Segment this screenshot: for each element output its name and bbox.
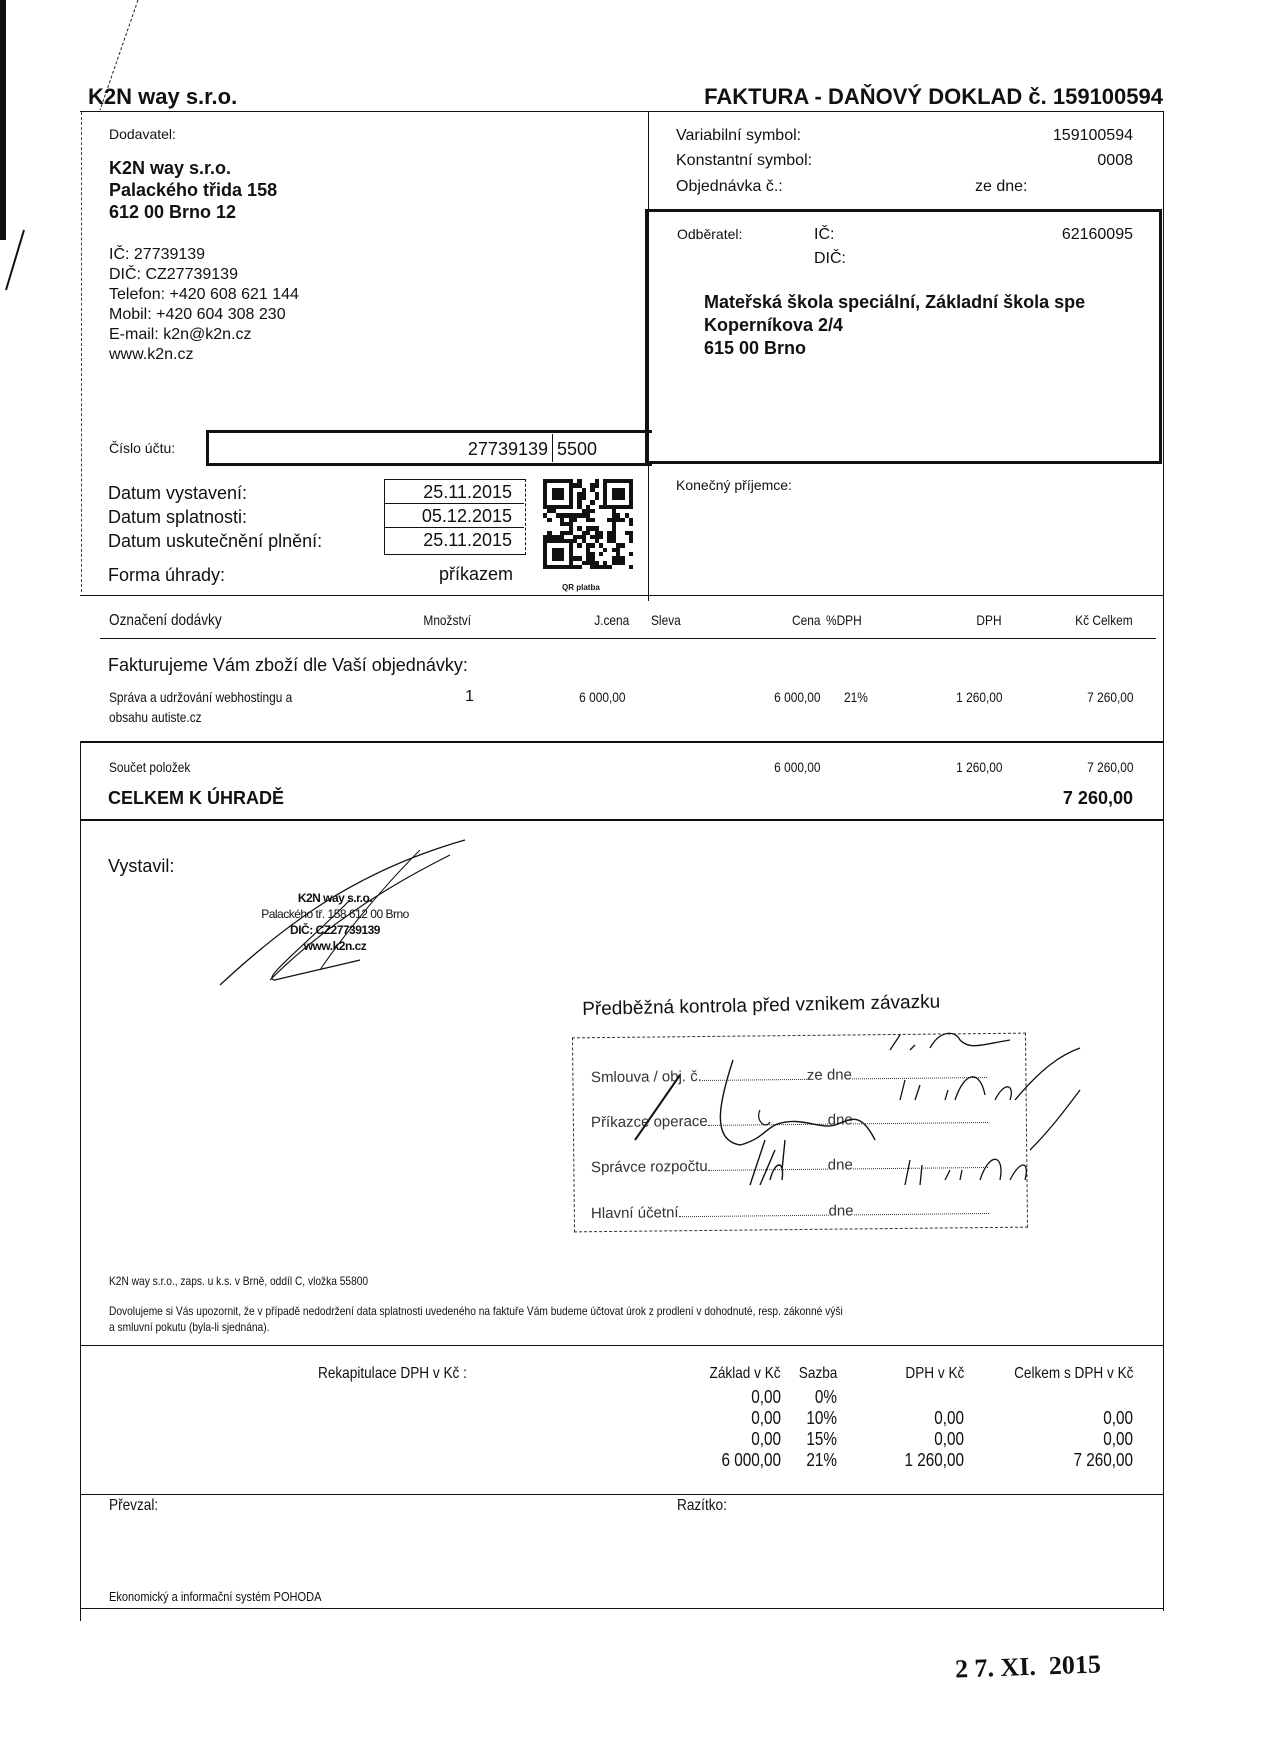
received-date-stamp: 2 7. XI. 2015 — [955, 1649, 1102, 1684]
account-separator — [552, 434, 553, 462]
vat-recap-rate: 15% — [806, 1429, 837, 1450]
constant-symbol-value: 0008 — [1097, 152, 1133, 170]
received-by-label: Převzal: — [109, 1497, 158, 1515]
frame-right-line — [1163, 111, 1164, 1611]
customer-name: Mateřská škola speciální, Základní škola… — [704, 292, 1136, 313]
vat-recap-header-base: Základ v Kč — [710, 1365, 781, 1383]
col-header-discount: Sleva — [651, 612, 681, 628]
account-number: 27739139 — [468, 439, 548, 460]
customer-ic-value: 62160095 — [1062, 226, 1133, 244]
col-header-quantity: Množství — [423, 612, 471, 628]
col-header-price: Cena — [792, 612, 820, 628]
sum-label: Součet položek — [109, 759, 190, 775]
account-label: Číslo účtu: — [109, 440, 175, 456]
grand-total-value: 7 260,00 — [1063, 788, 1133, 809]
bank-code: 5500 — [557, 439, 597, 460]
vat-recap-header-total: Celkem s DPH v Kč — [1014, 1365, 1133, 1383]
customer-street: Koperníkova 2/4 — [704, 315, 843, 336]
supplier-email: E-mail: k2n@k2n.cz — [109, 326, 252, 344]
totals-bottom-line — [80, 819, 1163, 821]
registration-note: K2N way s.r.o., zaps. u k.s. v Brně, odd… — [109, 1274, 368, 1288]
vat-recap-base: 0,00 — [751, 1387, 781, 1408]
sum-vat: 1 260,00 — [956, 759, 1002, 775]
taxable-date-value: 25.11.2015 — [423, 530, 512, 551]
item-total: 7 260,00 — [1087, 689, 1133, 705]
supplier-dic: DIČ: CZ27739139 — [109, 266, 238, 284]
item-unit-price: 6 000,00 — [579, 689, 625, 705]
frame-left-dash — [81, 112, 82, 592]
supplier-phone: Telefon: +420 608 621 144 — [109, 286, 299, 304]
vat-recap-header-vat: DPH v Kč — [905, 1365, 964, 1383]
vat-recap-vat: 1 260,00 — [904, 1450, 964, 1471]
supplier-web: www.k2n.cz — [109, 346, 193, 364]
customer-dic-label: DIČ: — [814, 250, 846, 268]
late-payment-notice-1: Dovolujeme si Vás upozornit, že v případ… — [109, 1304, 843, 1318]
header-company-name: K2N way s.r.o. — [88, 84, 237, 110]
vat-recap-bottom-line — [80, 1494, 1163, 1495]
vat-recap-rate: 21% — [806, 1450, 837, 1471]
supplier-label: Dodavatel: — [109, 126, 176, 142]
document-title: FAKTURA - DAŇOVÝ DOKLAD č. 159100594 — [704, 84, 1163, 110]
order-date-label: ze dne: — [975, 178, 1027, 196]
vat-recap-total: 7 260,00 — [1073, 1450, 1133, 1471]
col-header-unit-price: J.cena — [594, 612, 629, 628]
items-header-line — [100, 638, 1156, 639]
item-quantity: 1 — [465, 688, 474, 706]
qr-caption: QR platba — [562, 583, 600, 592]
issued-by-label: Vystavil: — [108, 856, 174, 877]
supplier-name: K2N way s.r.o. — [109, 158, 231, 179]
customer-city: 615 00 Brno — [704, 338, 806, 359]
payment-method-label: Forma úhrady: — [108, 565, 225, 586]
issuer-signature — [200, 840, 480, 990]
vat-recap-total: 0,00 — [1103, 1408, 1133, 1429]
final-recipient-label: Konečný příjemce: — [676, 477, 792, 493]
taxable-date-label: Datum uskutečnění plnění: — [108, 531, 322, 552]
supplier-street: Palackého třida 158 — [109, 180, 277, 201]
supplier-city: 612 00 Brno 12 — [109, 202, 236, 223]
col-header-description: Označení dodávky — [109, 612, 222, 630]
due-date-label: Datum splatnosti: — [108, 507, 247, 528]
frame-bottom-line — [80, 1608, 1163, 1609]
variable-symbol-label: Variabilní symbol: — [676, 127, 801, 145]
vat-recap-base: 0,00 — [751, 1408, 781, 1429]
control-signatures — [560, 1030, 1080, 1230]
constant-symbol-label: Konstantní symbol: — [676, 152, 812, 170]
grand-total-label: CELKEM K ÚHRADĚ — [108, 788, 284, 809]
late-payment-notice-2: a smluvní pokutu (byla-li sjednána). — [109, 1320, 269, 1334]
vat-recap-vat: 0,00 — [934, 1408, 964, 1429]
totals-top-line — [80, 741, 1163, 743]
customer-ic-label: IČ: — [814, 226, 834, 244]
issue-date-value: 25.11.2015 — [423, 482, 512, 503]
vat-recap-base: 0,00 — [751, 1429, 781, 1450]
issue-date-label: Datum vystavení: — [108, 483, 247, 504]
items-top-line — [80, 595, 1163, 596]
dates-box-divider-1 — [384, 503, 524, 504]
control-stamp-title: Předběžná kontrola před vznikem závazku — [582, 992, 940, 1021]
customer-label: Odběratel: — [677, 226, 742, 242]
col-header-vat-rate: %DPH — [826, 612, 862, 628]
vat-recap-vat: 0,00 — [934, 1429, 964, 1450]
dates-box-divider-2 — [384, 527, 524, 528]
vat-recap-rate: 10% — [806, 1408, 837, 1429]
payment-method-value: příkazem — [439, 564, 513, 585]
frame-top-line — [80, 111, 1163, 112]
variable-symbol-value: 159100594 — [1053, 127, 1133, 145]
item-price: 6 000,00 — [774, 689, 820, 705]
items-intro: Fakturujeme Vám zboží dle Vaší objednávk… — [108, 655, 468, 676]
supplier-mobile: Mobil: +420 604 308 230 — [109, 306, 286, 324]
vat-recap-top-line — [80, 1345, 1163, 1346]
frame-left-line-lower — [80, 741, 81, 1621]
software-note: Ekonomický a informační systém POHODA — [109, 1589, 321, 1604]
col-header-vat: DPH — [977, 612, 1002, 628]
vat-recap-rate: 0% — [815, 1387, 837, 1408]
vat-recap-base: 6 000,00 — [721, 1450, 781, 1471]
item-description-1: Správa a udržování webhostingu a — [109, 689, 292, 705]
sum-price: 6 000,00 — [774, 759, 820, 775]
vat-recap-header-rate: Sazba — [798, 1365, 837, 1383]
qr-payment-code — [543, 479, 633, 569]
item-vat: 1 260,00 — [956, 689, 1002, 705]
item-vat-rate: 21% — [844, 689, 868, 705]
col-header-total: Kč Celkem — [1075, 612, 1133, 628]
vat-recap-label: Rekapitulace DPH v Kč : — [318, 1365, 467, 1383]
item-description-2: obsahu autiste.cz — [109, 709, 202, 725]
due-date-value: 05.12.2015 — [422, 506, 512, 527]
supplier-ic: IČ: 27739139 — [109, 246, 205, 264]
sum-total: 7 260,00 — [1087, 759, 1133, 775]
order-number-label: Objednávka č.: — [676, 178, 783, 196]
customer-box — [645, 209, 1162, 464]
stamp-label: Razítko: — [677, 1497, 727, 1515]
vat-recap-total: 0,00 — [1103, 1429, 1133, 1450]
